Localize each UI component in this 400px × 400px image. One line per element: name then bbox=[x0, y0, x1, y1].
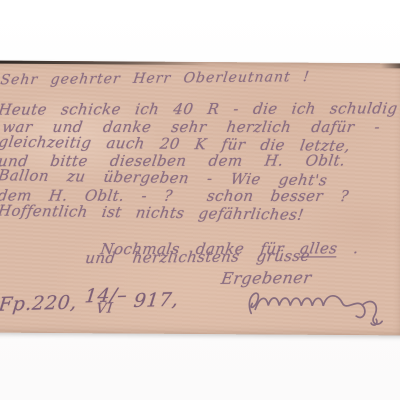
date-year: 917, bbox=[133, 289, 180, 312]
feldpost-number: Fp.220, bbox=[0, 291, 78, 315]
handwriting-line-1: Heute schicke ich 40 R - die ich schuldi… bbox=[0, 101, 399, 117]
card-top-right-edge-shadow bbox=[381, 63, 400, 68]
signature-flourish bbox=[241, 282, 391, 328]
postcard: Sehr geehrter Herr Oberleutnant ! Heute … bbox=[0, 61, 400, 336]
handwriting-line-7: Hoffentlich ist nichts gefährliches! bbox=[0, 204, 305, 223]
date-month: VI bbox=[96, 303, 114, 314]
handwriting-line-5: Ballon zu übergeben - Wie geht's bbox=[0, 168, 328, 188]
closing-line: und herzlichstens grüsse bbox=[84, 249, 310, 266]
footer-reference-date: Fp.220, 14/– VI 917, bbox=[0, 287, 180, 318]
photo-frame: Sehr geehrter Herr Oberleutnant ! Heute … bbox=[0, 0, 400, 400]
thanks-suffix: . bbox=[336, 239, 360, 257]
date-fraction: 14/– VI bbox=[83, 288, 129, 315]
salutation-line: Sehr geehrter Herr Oberleutnant ! bbox=[0, 70, 311, 87]
card-top-edge-shadow bbox=[0, 61, 210, 66]
